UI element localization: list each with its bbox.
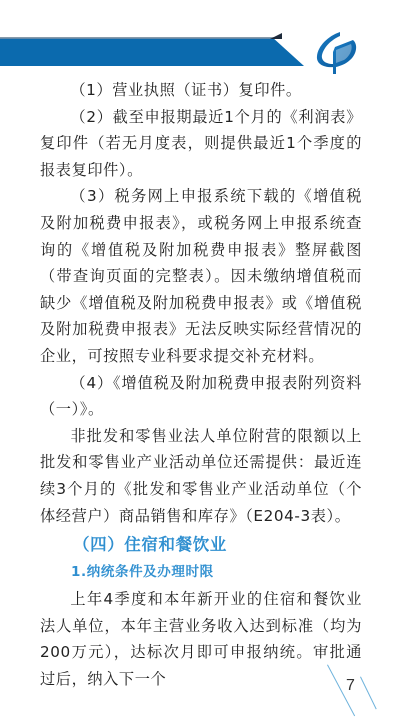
section-heading: （四）住宿和餐饮业: [40, 529, 362, 559]
sub-heading: 1.纳统条件及办理时限: [40, 559, 362, 586]
footer-deco-line-right: [360, 677, 377, 710]
china-statistics-logo-icon: [310, 30, 360, 75]
page-footer: 7: [322, 665, 392, 720]
paragraph-wholesale-note: 非批发和零售业法人单位附营的限额以上批发和零售业产业活动单位还需提供：最近连续3…: [40, 423, 362, 529]
paragraph-item-2: （2）截至申报期最近1个月的《利润表》复印件（若无月度表，则提供最近1个季度的报…: [40, 104, 362, 184]
header-banner-tip: [270, 33, 282, 39]
header-banner-bar: [0, 37, 304, 66]
paragraph-item-4: （4）《增值税及附加税费申报表附列资料（一）》。: [40, 370, 362, 423]
page-number: 7: [346, 677, 355, 695]
header-banner-shadow-line: [0, 37, 276, 39]
section-paragraph: 上年4季度和本年新开业的住宿和餐饮业法人单位，本年主营业务收入达到标准（均为20…: [40, 586, 362, 692]
paragraph-item-1: （1）营业执照（证书）复印件。: [40, 77, 362, 104]
document-body: （1）营业执照（证书）复印件。 （2）截至申报期最近1个月的《利润表》复印件（若…: [40, 77, 362, 692]
paragraph-item-3: （3）税务网上申报系统下载的《增值税及附加税费申报表》，或税务网上申报系统查询的…: [40, 183, 362, 369]
